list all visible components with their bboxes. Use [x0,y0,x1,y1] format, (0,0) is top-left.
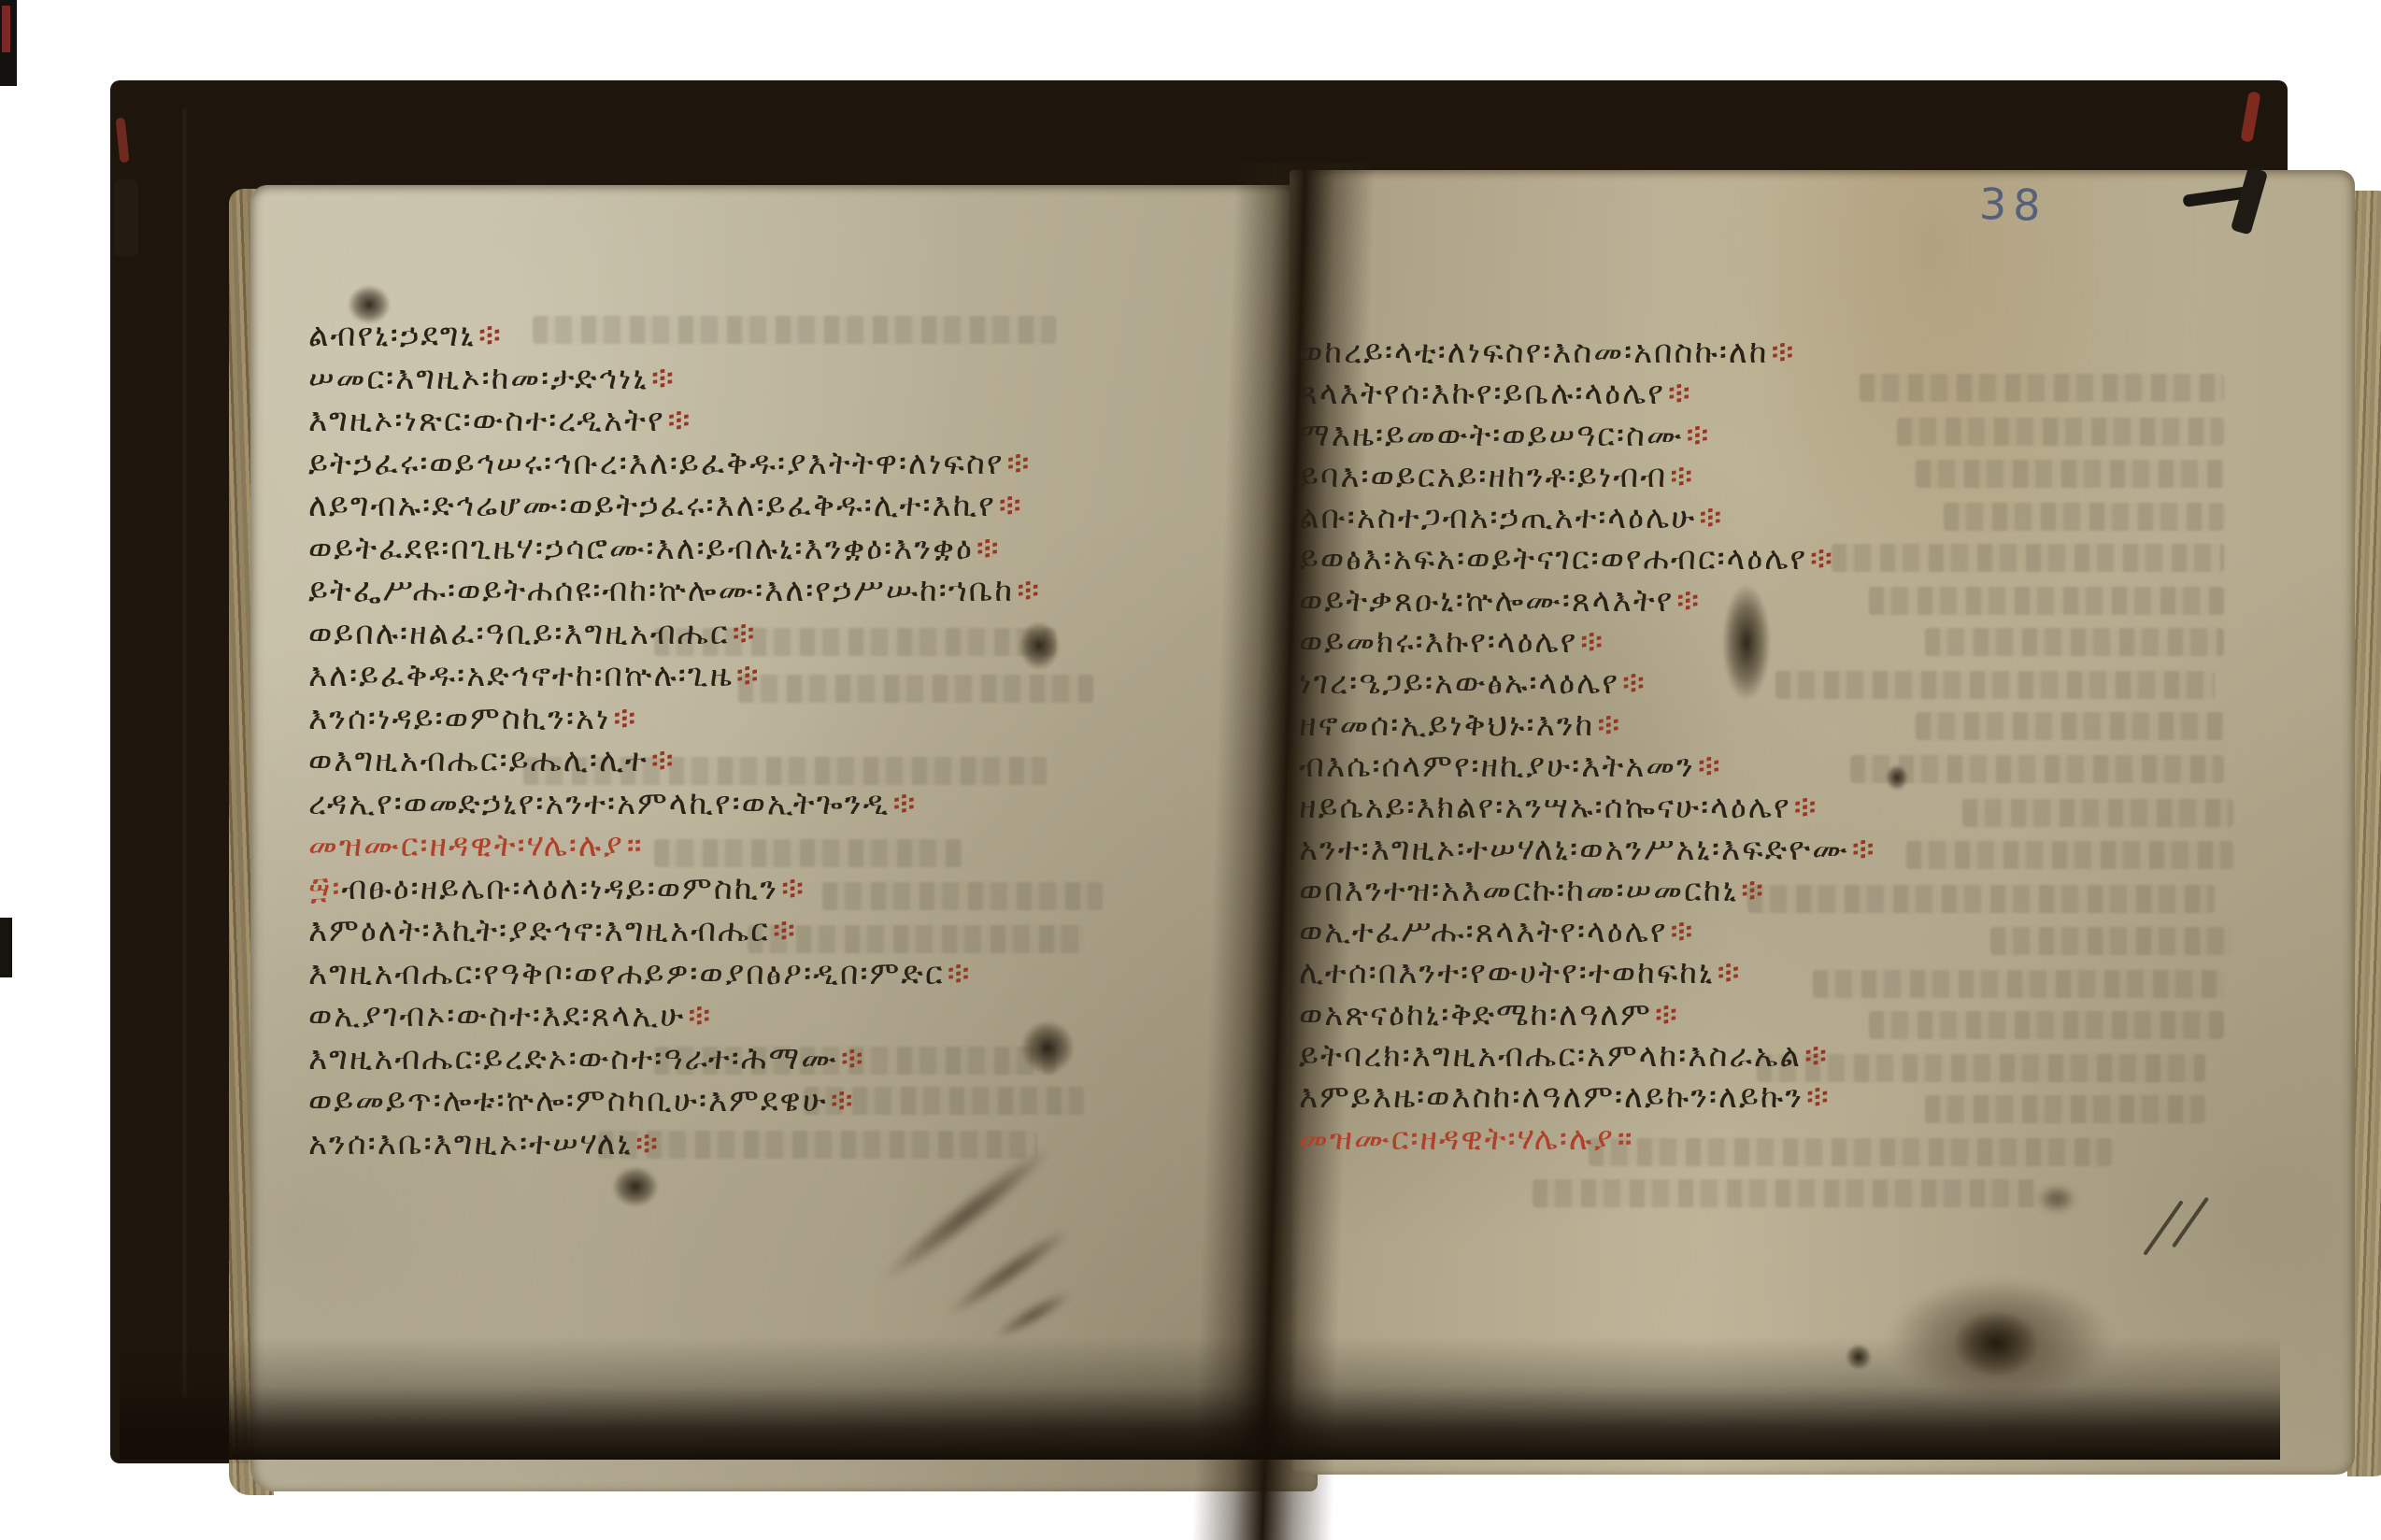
page-crease [183,108,186,1398]
bleedthrough-line [1925,628,2224,656]
line-text: ወይትቃጸዑኒ፡ኵሎሙ፡ጸላእትየ [1299,582,1674,620]
bleedthrough-line [1916,460,2224,488]
line-text: ወእግዚአብሔር፡ይሔሊ፡ሊተ [308,742,649,779]
scan-edge-artifact [0,918,12,977]
section-mark: ፨ [1738,872,1765,909]
section-mark: ፨ [1014,572,1041,609]
section-mark: ፨ [1667,913,1694,950]
section-mark: ፨ [1619,664,1647,702]
bleedthrough-line [1832,544,2224,572]
line-text: እምዕለት፡እኪት፡ያድኅኖ፡እግዚአብሔር [308,912,770,949]
line-text: ይወፅእ፡አፍአ፡ወይትናገር፡ወየሐብር፡ላዕሌየ [1299,540,1807,577]
line-text: አንሰ፡እቤ፡እግዚኦ፡ተሠሃለኒ [308,1125,633,1162]
text-line: ሠመር፡እግዚኦ፡ከመ፡ታድኅነኒ፨ [308,358,1041,401]
section-mark: ፨ [778,870,806,907]
bleedthrough-line [1897,418,2224,446]
section-mark: ፨ [838,1040,865,1077]
ink-spot [1846,1344,1872,1370]
text-line: ወይመይጥ፡ሎቱ፡ኵሎ፡ምስካቢሁ፡እምደዌሁ፨ [308,1080,1041,1123]
text-line: እምይእዜ፡ወእስከ፡ለዓለም፡ለይኩን፡ለይኩን፨ [1299,1077,1876,1118]
text-line: አንሰ፡እቤ፡እግዚኦ፡ተሠሃለኒ፨ [308,1123,1041,1166]
bleedthrough-line [1925,1095,2205,1123]
line-text: ብፁዕ፡ዘይሌቡ፡ላዕለ፡ነዳይ፡ወምስኪን [341,870,778,907]
text-line: ወከረይ፡ላቲ፡ለነፍስየ፡እስመ፡አበስኩ፡ለከ፨ [1299,332,1876,373]
line-text: እግዚአብሔር፡የዓቅቦ፡ወየሐይዎ፡ወያበፅዖ፡ዲበ፡ምድር [308,955,945,992]
line-text: ልቡ፡አስተጋብአ፡ኃጢአተ፡ላዕሌሁ [1299,499,1696,536]
section-mark: ፨ [1715,954,1742,991]
text-line: እግዚአብሔር፡የዓቅቦ፡ወየሐይዎ፡ወያበፅዖ፡ዲበ፡ምድር፨ [308,953,1041,996]
line-text: እንሰ፡ነዳይ፡ወምስኪን፡አነ [308,700,610,737]
line-text: ረዳኢየ፡ወመድኃኒየ፡አንተ፡አምላኪየ፡ወኢትጐንዲ [308,785,890,822]
manuscript-scan: 38 ልብየኒ፡ኃደግኒ፨ሠመር፡እግዚኦ፡ከመ፡ታድኅነኒ፨እግዚኦ፡ነጽር፡… [0,0,2381,1540]
text-line: እምዕለት፡እኪት፡ያድኅኖ፡እግዚአብሔር፨ [308,910,1041,953]
bleedthrough-line [1916,712,2224,740]
text-line: ወአጽናዕከኒ፡ቅድሜከ፡ለዓለም፨ [1299,994,1876,1035]
section-mark: ፨ [1684,417,1711,454]
line-text: እግዚአብሔር፡ይረድኦ፡ውስተ፡ዓራተ፡ሕማሙ [308,1040,838,1077]
section-mark: ፨ [649,742,676,779]
text-line: ዘኖመሰ፡ኢይነቅህኑ፡እንከ፨ [1299,705,1876,746]
binding-notch [114,179,138,256]
line-text: ወኢያገብኦ፡ውስተ፡እደ፡ጸላኢሁ [308,997,685,1034]
binding-thread-red [116,118,130,164]
section-mark: ፨ [649,360,676,397]
line-text: ይባእ፡ወይርአይ፡ዘከንቶ፡ይነብብ [1299,458,1667,495]
text-line: መዝሙር፡ዘዳዊት፡ሃሌ፡ሉያ። [308,825,1041,868]
text-line: እግዚአብሔር፡ይረድኦ፡ውስተ፡ዓራተ፡ሕማሙ፨ [308,1038,1041,1081]
line-text: ዘኖመሰ፡ኢይነቅህኑ፡እንከ [1299,706,1594,744]
line-text: ወከረይ፡ላቲ፡ለነፍስየ፡እስመ፡አበስኩ፡ለከ [1299,334,1769,371]
section-mark: ፨ [1695,748,1722,785]
ink-spot [1886,764,1908,791]
text-line: መዝሙር፡ዘዳዊት፡ሃሌ፡ሉያ። [1299,1119,1876,1160]
section-mark: ፨ [1667,458,1694,495]
text-line: ብእሴ፡ሰላምየ፡ዘኪያሁ፡እትአመን፨ [1299,746,1876,787]
section-mark: ፨ [1665,375,1692,412]
section-mark: ፨ [1769,334,1796,371]
ink-blot [1953,1310,2039,1377]
text-line: ልብየኒ፡ኃደግኒ፨ [308,315,1041,358]
verse-number: ፵፡ [308,870,341,907]
bleedthrough-line [1869,587,2224,615]
text-line: ወይትፈደዩ፡በጊዜሃ፡ኃሳሮሙ፡እለ፡ይብሉኒ፡እንቋዕ፡እንቋዕ፨ [308,528,1041,571]
text-line: አንተ፡እግዚኦ፡ተሠሃለኒ፡ወአንሥአኒ፡እፍድዮሙ፨ [1299,829,1876,870]
text-line: ወይመክሩ፡እኩየ፡ላዕሌየ፨ [1299,621,1876,663]
section-mark: ፨ [996,487,1023,524]
text-line: ይወፅእ፡አፍአ፡ወይትናገር፡ወየሐብር፡ላዕሌየ፨ [1299,538,1876,579]
text-line: ወኢያገብኦ፡ውስተ፡እደ፡ጸላኢሁ፨ [308,995,1041,1038]
line-text: ይትኃፈሩ፡ወይኅሠሩ፡ኅቡረ፡እለ፡ይፈቅዱ፡ያእትትዋ፡ለነፍስየ [308,445,1004,482]
section-mark: ፨ [890,785,917,822]
text-line: ይትኃፈሩ፡ወይኅሠሩ፡ኅቡረ፡እለ፡ይፈቅዱ፡ያእትትዋ፡ለነፍስየ፨ [308,443,1041,486]
line-text: ጸላእትየሰ፡እኩየ፡ይቤሉ፡ላዕሌየ [1299,375,1665,412]
section-mark: ። [624,827,644,864]
section-mark: ። [1615,1120,1634,1158]
line-text: መዝሙር፡ዘዳዊት፡ሃሌ፡ሉያ [1299,1120,1615,1158]
section-mark: ፨ [610,700,637,737]
section-mark: ፨ [685,997,712,1034]
bleedthrough-line [1990,927,2233,955]
section-mark: ፨ [730,615,757,652]
line-text: ወይመይጥ፡ሎቱ፡ኵሎ፡ምስካቢሁ፡እምደዌሁ [308,1082,828,1119]
line-text: ወይበሉ፡ዘልፈ፡ዓቢይ፡እግዚአብሔር [308,615,730,652]
section-mark: ፨ [476,317,503,354]
section-mark: ፨ [1594,706,1621,744]
line-text: ዘይሴአይ፡እክልየ፡አንሣኡ፡ሰኰናሁ፡ላዕሌየ [1299,789,1791,826]
text-line: ይባእ፡ወይርአይ፡ዘከንቶ፡ይነብብ፨ [1299,456,1876,497]
ink-blot [612,1166,659,1207]
bleedthrough-line [1533,1179,2037,1207]
line-text: እምይእዜ፡ወእስከ፡ለዓለም፡ለይኩን፡ለይኩን [1299,1078,1804,1116]
section-mark: ፨ [1674,582,1701,620]
line-text: ነገረ፡ዔጋይ፡አውፅኡ፡ላዕሌየ [1299,664,1619,702]
section-mark: ፨ [734,657,761,694]
text-line: ወይበሉ፡ዘልፈ፡ዓቢይ፡እግዚአብሔር፨ [308,613,1041,656]
line-text: ወአጽናዕከኒ፡ቅድሜከ፡ለዓለም [1299,996,1652,1034]
section-mark: ፨ [633,1125,660,1162]
text-line: እግዚኦ፡ነጽር፡ውስተ፡ረዲአትየ፨ [308,400,1041,443]
line-text: ልብየኒ፡ኃደግኒ [308,317,476,354]
text-line: ለይግብኡ፡ድኅሬሆሙ፡ወይትኃፈሩ፡እለ፡ይፈቅዱ፡ሊተ፡እኪየ፨ [308,485,1041,528]
bleedthrough-line [1944,503,2224,531]
text-line: ወኢተፈሥሑ፡ጸላእትየ፡ላዕሌየ፨ [1299,911,1876,952]
section-mark: ፨ [1849,831,1876,868]
text-line: ልቡ፡አስተጋብአ፡ኃጢአተ፡ላዕሌሁ፨ [1299,497,1876,538]
section-mark: ፨ [1577,623,1604,661]
section-mark: ፨ [1804,1078,1831,1116]
line-text: ወይመክሩ፡እኩየ፡ላዕሌየ [1299,623,1577,661]
text-line: ወእግዚአብሔር፡ይሔሊ፡ሊተ፨ [308,740,1041,783]
line-text: እግዚኦ፡ነጽር፡ውስተ፡ረዲአትየ [308,402,665,439]
text-line: ይትባረክ፡እግዚአብሔር፡አምላከ፡እስራኤል፨ [1299,1035,1876,1077]
section-mark: ፨ [1791,789,1818,826]
scan-edge-artifact-red [2,6,10,52]
line-text: አንተ፡እግዚኦ፡ተሠሃለኒ፡ወአንሥአኒ፡እፍድዮሙ [1299,831,1849,868]
line-text: ይትፌሥሑ፡ወይትሐሰዩ፡ብከ፡ኵሎሙ፡እለ፡የኃሥሡከ፡ኀቤከ [308,572,1014,609]
faint-stain [2037,1185,2076,1213]
text-line: ረዳኢየ፡ወመድኃኒየ፡አንተ፡አምላኪየ፡ወኢትጐንዲ፨ [308,783,1041,826]
text-line: ፵፡ብፁዕ፡ዘይሌቡ፡ላዕለ፡ነዳይ፡ወምስኪን፨ [308,868,1041,911]
text-line: ይትፌሥሑ፡ወይትሐሰዩ፡ብከ፡ኵሎሙ፡እለ፡የኃሥሡከ፡ኀቤከ፨ [308,570,1041,613]
text-line: እንሰ፡ነዳይ፡ወምስኪን፡አነ፨ [308,698,1041,741]
line-text: ወበእንተዝ፡አእመርኩ፡ከመ፡ሠመርከኒ [1299,872,1738,909]
text-line: ነገረ፡ዔጋይ፡አውፅኡ፡ላዕሌየ፨ [1299,663,1876,704]
bleedthrough-line [1906,841,2233,869]
section-mark: ፨ [770,912,797,949]
line-text: ብእሴ፡ሰላምየ፡ዘኪያሁ፡እትአመን [1299,748,1695,785]
bleedthrough-line [1860,374,2224,402]
bleedthrough-line [1962,799,2233,827]
section-mark: ፨ [1004,445,1031,482]
section-mark: ፨ [828,1082,855,1119]
text-line: ወይትቃጸዑኒ፡ኵሎሙ፡ጸላእትየ፨ [1299,580,1876,621]
text-line: ሊተሰ፡በእንተ፡የውሀትየ፡ተወከፍከኒ፨ [1299,952,1876,993]
section-mark: ፨ [1802,1037,1829,1075]
section-mark: ፨ [945,955,972,992]
line-text: እለ፡ይፈቅዱ፡አድኅኖተከ፡በኵሉ፡ጊዜ [308,657,734,694]
line-text: ወይትፈደዩ፡በጊዜሃ፡ኃሳሮሙ፡እለ፡ይብሉኒ፡እንቋዕ፡እንቋዕ [308,530,974,567]
section-mark: ፨ [1696,499,1723,536]
line-text: ማእዜ፡ይመውት፡ወይሠዓር፡ስሙ [1299,417,1684,454]
line-text: ሠመር፡እግዚኦ፡ከመ፡ታድኅነኒ [308,360,649,397]
text-line: ማእዜ፡ይመውት፡ወይሠዓር፡ስሙ፨ [1299,415,1876,456]
line-text: ይትባረክ፡እግዚአብሔር፡አምላከ፡እስራኤል [1299,1037,1802,1075]
section-mark: ፨ [1807,540,1834,577]
section-mark: ፨ [974,530,1001,567]
section-mark: ፨ [665,402,692,439]
left-page-text-block: ልብየኒ፡ኃደግኒ፨ሠመር፡እግዚኦ፡ከመ፡ታድኅነኒ፨እግዚኦ፡ነጽር፡ውስተ… [308,315,1041,1165]
text-line: እለ፡ይፈቅዱ፡አድኅኖተከ፡በኵሉ፡ጊዜ፨ [308,655,1041,698]
text-line: ወበእንተዝ፡አእመርኩ፡ከመ፡ሠመርከኒ፨ [1299,870,1876,911]
right-page-text-block: ወከረይ፡ላቲ፡ለነፍስየ፡እስመ፡አበስኩ፡ለከ፨ጸላእትየሰ፡እኩየ፡ይቤሉ… [1299,332,1876,1160]
binding-thread-red [2240,91,2260,142]
line-text: ወኢተፈሥሑ፡ጸላእትየ፡ላዕሌየ [1299,913,1667,950]
section-mark: ፨ [1652,996,1679,1034]
line-text: ለይግብኡ፡ድኅሬሆሙ፡ወይትኃፈሩ፡እለ፡ይፈቅዱ፡ሊተ፡እኪየ [308,487,996,524]
line-text: መዝሙር፡ዘዳዊት፡ሃሌ፡ሉያ [308,827,624,864]
line-text: ሊተሰ፡በእንተ፡የውሀትየ፡ተወከፍከኒ [1299,954,1715,991]
folio-number: 38 [1978,178,2047,231]
bleedthrough-line [1869,1011,2224,1039]
text-line: ጸላእትየሰ፡እኩየ፡ይቤሉ፡ላዕሌየ፨ [1299,373,1876,414]
text-line: ዘይሴአይ፡እክልየ፡አንሣኡ፡ሰኰናሁ፡ላዕሌየ፨ [1299,787,1876,828]
